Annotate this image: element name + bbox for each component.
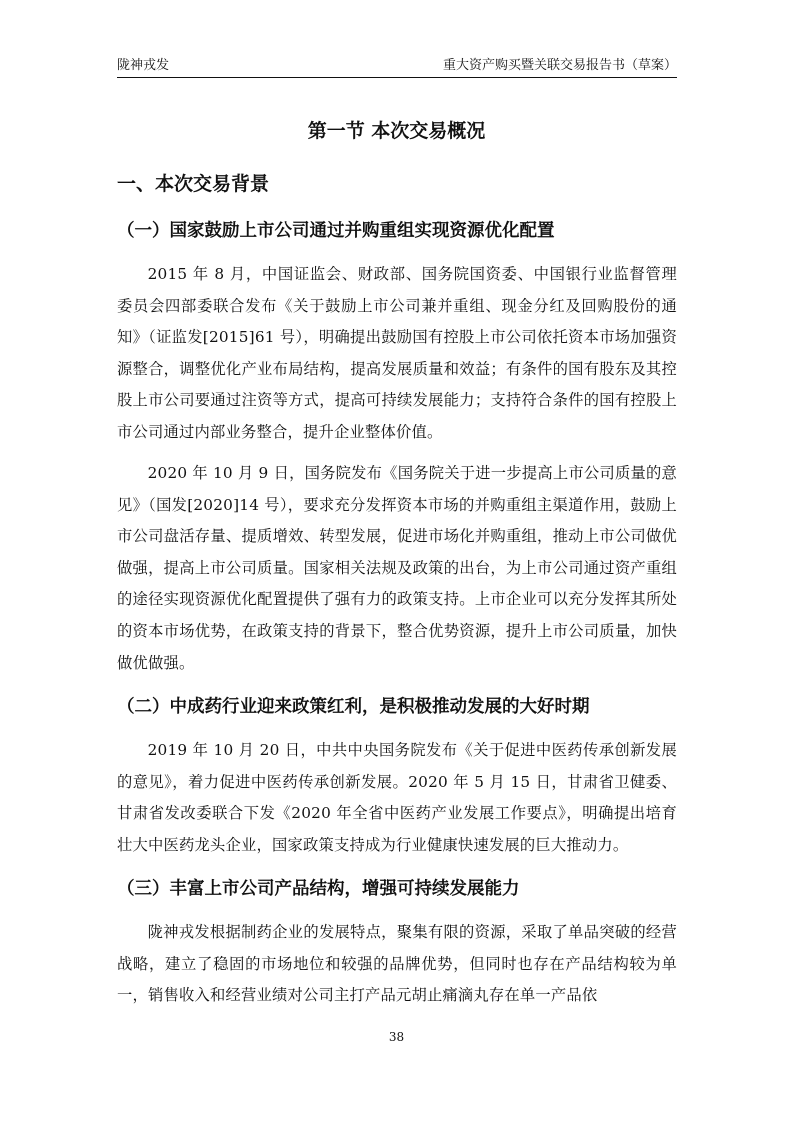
subsection-heading-3: （三）丰富上市公司产品结构，增强可持续发展能力 [117, 877, 520, 901]
paragraph: 陇神戎发根据制药企业的发展特点，聚集有限的资源，采取了单品突破的经营战略，建立了… [117, 917, 677, 1012]
part-heading: 一、本次交易背景 [117, 171, 269, 197]
paragraph: 2020 年 10 月 9 日，国务院发布《国务院关于进一步提高上市公司质量的意… [117, 458, 677, 679]
paragraph: 2019 年 10 月 20 日，中共中央国务院发布《关于促进中医药传承创新发展… [117, 735, 677, 861]
section-title: 第一节 本次交易概况 [0, 118, 793, 144]
header-divider [117, 77, 677, 78]
header-company-name: 陇神戎发 [117, 58, 169, 74]
paragraph: 2015 年 8 月，中国证监会、财政部、国务院国资委、中国银行业监督管理委员会… [117, 259, 677, 449]
header-document-title: 重大资产购买暨关联交易报告书（草案） [443, 58, 677, 74]
subsection-heading-1: （一）国家鼓励上市公司通过并购重组实现资源优化配置 [117, 219, 555, 243]
page-number: 38 [0, 1030, 793, 1044]
subsection-heading-2: （二）中成药行业迎来政策红利，是积极推动发展的大好时期 [117, 695, 590, 719]
page-header: 陇神戎发 重大资产购买暨关联交易报告书（草案） [117, 58, 677, 74]
